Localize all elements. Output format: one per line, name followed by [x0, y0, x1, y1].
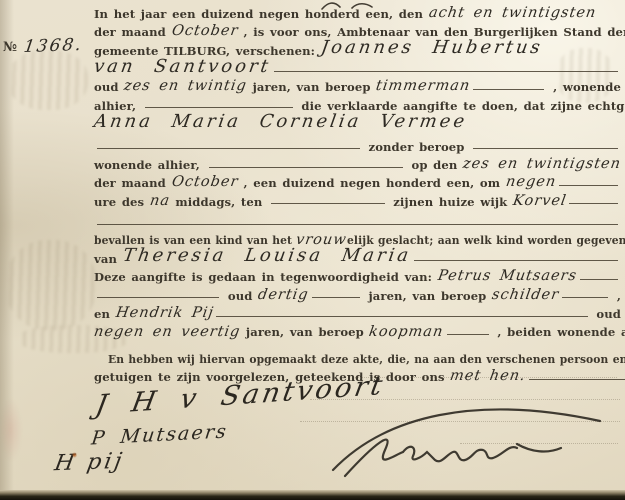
handwritten-entry: negen en veertig — [93, 325, 242, 340]
printed-text: En hebben wij hiervan opgemaakt deze akt… — [108, 355, 625, 366]
ink-spot — [72, 452, 77, 458]
signature-ruled-line — [355, 377, 617, 378]
printed-text: van — [94, 254, 123, 266]
printed-text: oud — [591, 309, 621, 321]
act-line: In het jaar een duizend negen honderd ee… — [94, 3, 621, 21]
bleed-through-text — [8, 50, 88, 110]
act-line: negen en veertig jaren, van beroep koopm… — [94, 322, 621, 340]
act-line: zonder beroep — [94, 136, 621, 154]
signature-witness-1: P Mutsaers — [90, 420, 229, 449]
printed-text: zonder beroep — [363, 142, 470, 154]
printed-text: , wonende — [547, 82, 621, 94]
fill-rule — [562, 297, 608, 298]
fill-rule — [529, 379, 625, 380]
handwritten-entry: Petrus Mutsaers — [436, 269, 577, 284]
fill-rule — [97, 148, 360, 149]
fill-rule — [473, 148, 618, 149]
handwritten-entry: Joannes Hubertus — [319, 39, 544, 57]
handwritten-entry: October — [170, 24, 239, 39]
handwritten-entry: na — [149, 194, 171, 209]
printed-text: zijnen huize wijk — [388, 197, 513, 209]
numero-symbol: № — [3, 40, 17, 55]
act-line: van Theresia Louisa Maria — [94, 248, 621, 266]
handwritten-entry: zes en twintig — [123, 79, 248, 94]
printed-text: wonende alhier, — [94, 160, 206, 172]
act-lines: In het jaar een duizend negen honderd ee… — [94, 3, 621, 385]
handwritten-entry: Theresia Louisa Maria — [121, 247, 412, 265]
printed-text: oud — [94, 82, 124, 94]
book-edge — [0, 490, 625, 500]
bleed-through-text — [6, 240, 96, 330]
fill-rule — [216, 316, 587, 317]
printed-text: , — [611, 291, 621, 303]
printed-text: , beiden wonende alhier. — [492, 327, 625, 339]
act-number: № 1368. — [3, 36, 83, 56]
act-number-value: 1368. — [23, 35, 85, 57]
act-line — [94, 211, 621, 229]
fill-rule — [209, 167, 403, 168]
fill-rule — [559, 185, 618, 186]
handwritten-entry: timmerman — [375, 79, 472, 94]
act-line: ure des na middags, ten zijnen huize wij… — [94, 191, 621, 209]
fill-rule — [569, 203, 618, 204]
printed-text: middags, ten — [170, 197, 268, 209]
fill-rule — [274, 71, 618, 72]
act-line: Deze aangifte is gedaan in tegenwoordigh… — [94, 266, 621, 284]
printed-text: jaren, van beroep — [247, 82, 376, 94]
printed-text: jaren, van beroep — [363, 291, 492, 303]
signature-witness-2: H pij — [53, 449, 127, 476]
printed-text: oud — [222, 291, 258, 303]
official-signature-flourish — [315, 388, 620, 483]
handwritten-entry: dertig — [257, 288, 310, 303]
fill-rule — [447, 334, 489, 335]
handwritten-entry: acht en twintigsten — [427, 6, 597, 21]
handwritten-entry: van Santvoort — [93, 58, 273, 76]
fill-rule — [97, 224, 618, 225]
printed-text: , een duizend negen honderd een, om — [238, 178, 506, 190]
printed-text: der maand — [94, 27, 172, 39]
handwritten-entry: Korvel — [512, 194, 568, 209]
handwritten-entry: October — [170, 175, 239, 190]
fill-rule — [312, 297, 360, 298]
handwritten-entry: schilder — [491, 288, 560, 303]
printed-text: op den — [406, 160, 463, 172]
handwritten-entry: Hendrik Pij — [115, 306, 215, 321]
act-line: Anna Maria Cornelia Vermee — [94, 113, 621, 131]
act-line: van Santvoort — [94, 58, 621, 76]
printed-text: ure des — [94, 197, 150, 209]
printed-text: Deze aangifte is gedaan in tegenwoordigh… — [94, 272, 438, 284]
fill-rule — [473, 89, 544, 90]
paper-stain — [0, 398, 22, 462]
act-line: der maand October , een duizend negen ho… — [94, 173, 621, 191]
act-line: oud zes en twintig jaren, van beroep tim… — [94, 77, 621, 95]
printed-text: der maand — [94, 178, 172, 190]
handwritten-entry: koopman — [368, 325, 445, 340]
fill-rule — [271, 203, 385, 204]
printed-text: en — [94, 309, 116, 321]
act-line: En hebben wij hiervan opgemaakt deze akt… — [94, 348, 621, 366]
printed-text: In het jaar een duizend negen honderd ee… — [94, 9, 429, 21]
handwritten-entry: negen — [505, 175, 557, 190]
handwritten-entry: zes en twintigsten — [462, 157, 622, 172]
fill-rule — [414, 260, 618, 261]
fill-rule — [97, 297, 219, 298]
act-line: oud dertig jaren, van beroep schilder , — [94, 285, 621, 303]
fill-rule — [580, 279, 618, 280]
fill-rule — [145, 107, 293, 108]
act-line: wonende alhier, op den zes en twintigste… — [94, 154, 621, 172]
printed-text: jaren, van beroep — [240, 327, 369, 339]
act-line: en Hendrik Pij oud — [94, 303, 621, 321]
handwritten-entry: Anna Maria Cornelia Vermee — [93, 113, 469, 131]
birth-certificate-page: № 1368. In het jaar een duizend negen ho… — [0, 0, 625, 500]
